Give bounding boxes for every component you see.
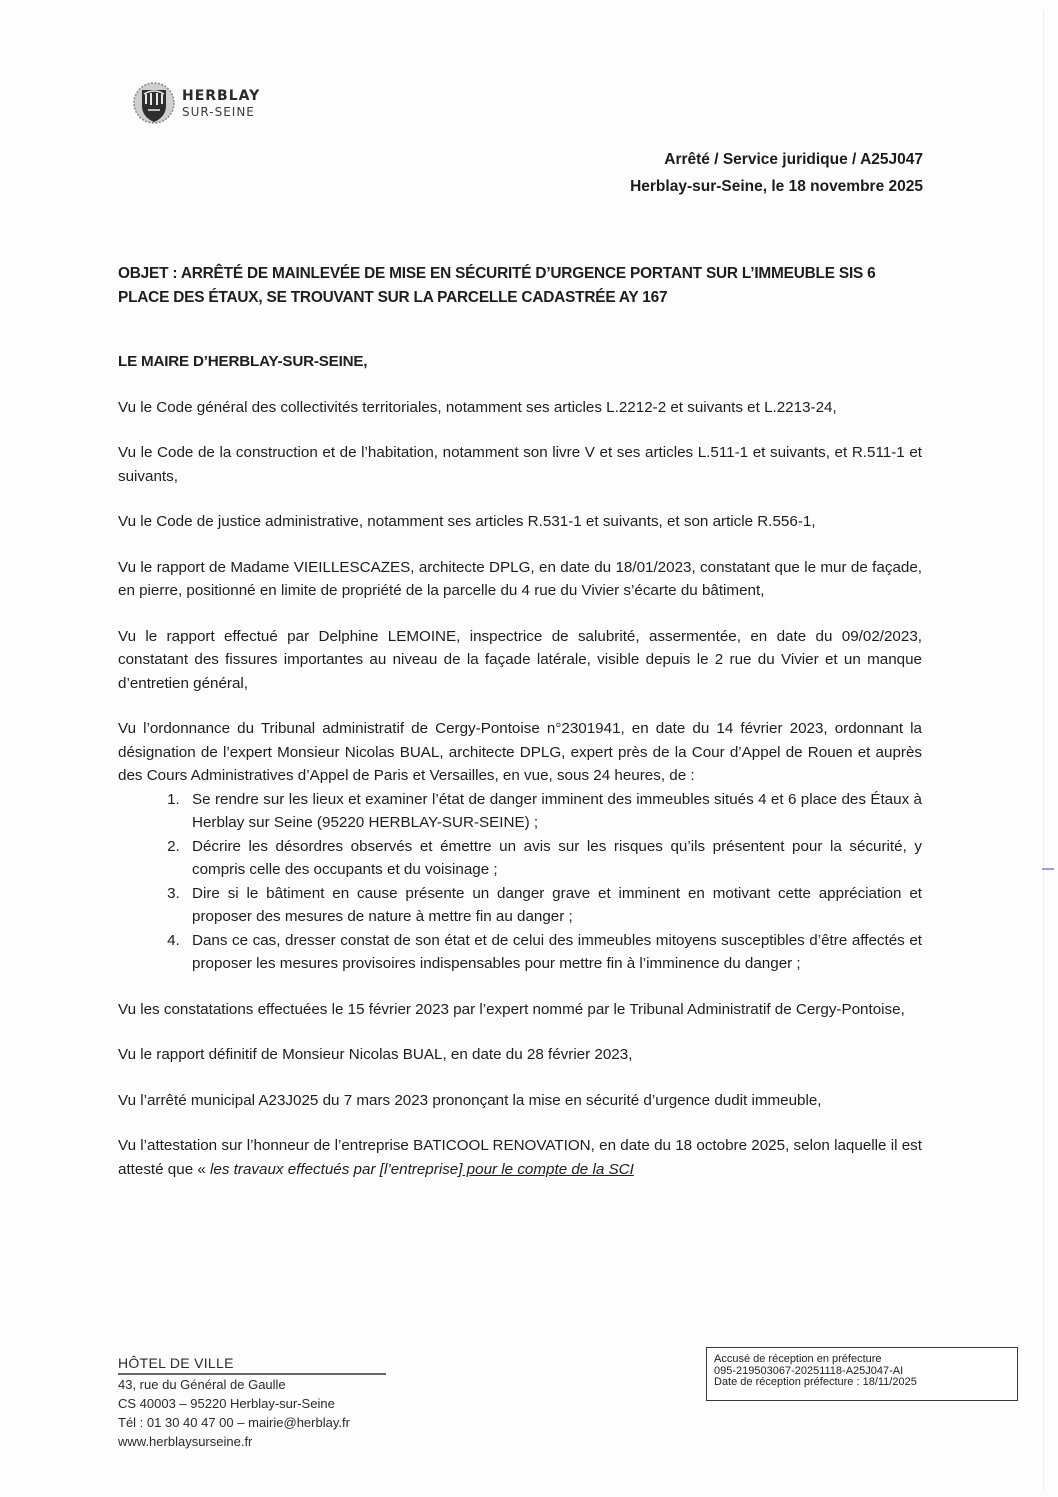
stamp-line-3: Date de réception préfecture : 18/11/202… <box>714 1377 1017 1389</box>
footer-postal: CS 40003 – 95220 Herblay-sur-Seine <box>118 1394 386 1413</box>
coat-of-arms-icon <box>132 80 176 126</box>
page-edge <box>1043 10 1044 1490</box>
attestation-quote: les travaux effectués par [l’entreprise] <box>210 1161 462 1178</box>
reference-number: Arrêté / Service juridique / A25J047 <box>630 146 923 173</box>
consideration-paragraph: Vu le rapport effectué par Delphine LEMO… <box>118 625 922 696</box>
footer-street: 43, rue du Général de Gaulle <box>118 1375 386 1394</box>
document-body: OBJET : ARRÊTÉ DE MAINLEVÉE DE MISE EN S… <box>118 262 922 1181</box>
logo-title: HERBLAY <box>182 89 260 103</box>
consideration-paragraph: Vu le rapport définitif de Monsieur Nico… <box>118 1043 922 1067</box>
task-item: Se rendre sur les lieux et examiner l’ét… <box>184 788 922 835</box>
logo-subtitle: SUR-SEINE <box>182 106 260 118</box>
mayor-heading: LE MAIRE D’HERBLAY-SUR-SEINE, <box>118 350 922 374</box>
footer-website-link[interactable]: www.herblaysurseine.fr <box>118 1434 252 1449</box>
consideration-paragraph: Vu l’arrêté municipal A23J025 du 7 mars … <box>118 1089 922 1113</box>
prefecture-receipt-stamp: Accusé de réception en préfecture 095-21… <box>706 1347 1018 1401</box>
margin-mark <box>1042 868 1054 870</box>
reference-block: Arrêté / Service juridique / A25J047 Her… <box>630 146 923 200</box>
attestation-quote-continued: pour le compte de la SCI <box>462 1161 633 1178</box>
task-item: Dans ce cas, dresser constat de son état… <box>184 929 922 976</box>
attestation-paragraph: Vu l’attestation sur l’honneur de l’entr… <box>118 1134 922 1181</box>
place-and-date: Herblay-sur-Seine, le 18 novembre 2025 <box>630 173 923 200</box>
task-item: Dire si le bâtiment en cause présente un… <box>184 882 922 929</box>
footer-address: HÔTEL DE VILLE 43, rue du Général de Gau… <box>118 1354 386 1451</box>
consideration-paragraph: Vu le Code de justice administrative, no… <box>118 510 922 534</box>
herblay-logo: HERBLAY SUR-SEINE <box>132 80 260 126</box>
consideration-paragraph: Vu le Code de la construction et de l’ha… <box>118 441 922 488</box>
task-item: Décrire les désordres observés et émettr… <box>184 835 922 882</box>
consideration-paragraph: Vu l’ordonnance du Tribunal administrati… <box>118 717 922 788</box>
footer-title: HÔTEL DE VILLE <box>118 1354 386 1375</box>
consideration-paragraph: Vu le Code général des collectivités ter… <box>118 396 922 420</box>
footer-contact: Tél : 01 30 40 47 00 – mairie@herblay.fr <box>118 1413 386 1432</box>
subject-heading: OBJET : ARRÊTÉ DE MAINLEVÉE DE MISE EN S… <box>118 262 922 310</box>
consideration-paragraph: Vu le rapport de Madame VIEILLESCAZES, a… <box>118 556 922 603</box>
expert-tasks-list: Se rendre sur les lieux et examiner l’ét… <box>118 788 922 976</box>
footer-phone: Tél : 01 30 40 47 00 – <box>118 1415 248 1430</box>
consideration-paragraph: Vu les constatations effectuées le 15 fé… <box>118 998 922 1022</box>
footer-email-link[interactable]: mairie@herblay.fr <box>248 1415 350 1430</box>
stamp-line-1: Accusé de réception en préfecture <box>714 1354 1017 1366</box>
